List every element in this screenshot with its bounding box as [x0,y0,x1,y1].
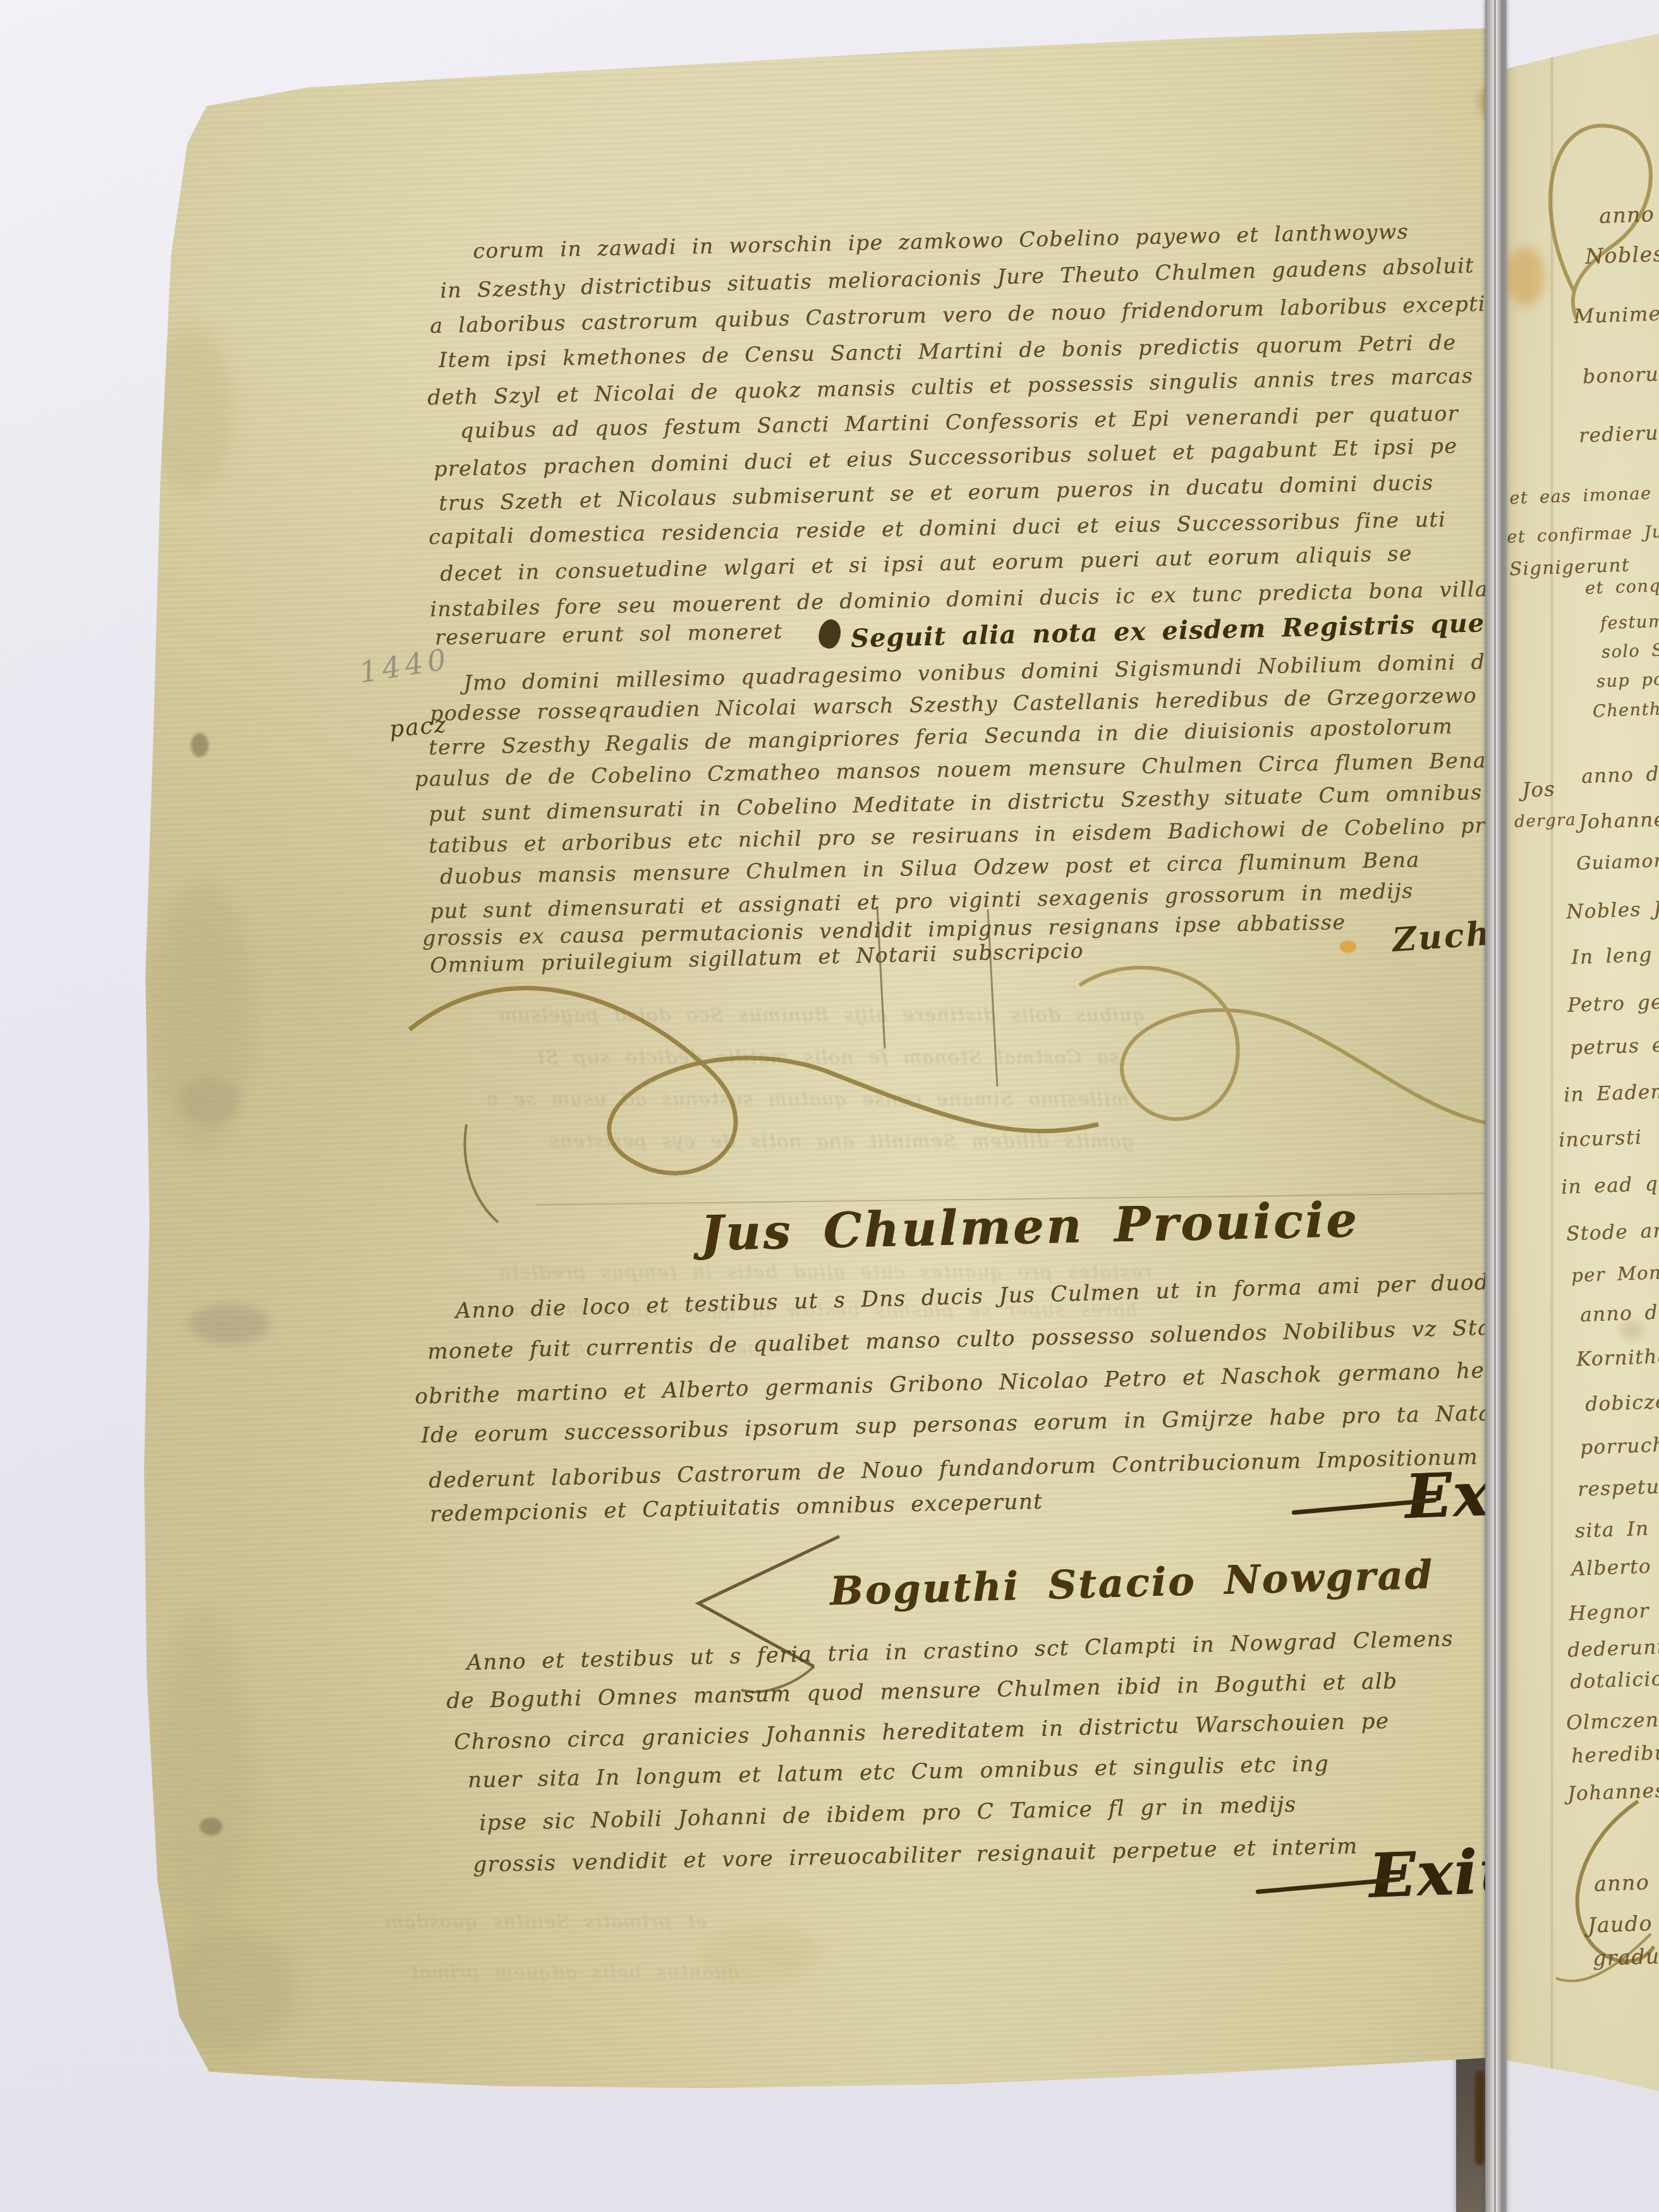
right-page-line-fragment: Hegnor fra [1568,1598,1659,1626]
right-page-line-fragment: gradus N [1592,1942,1659,1971]
manuscript-left-page: quibus dolis distinere alijs Bunimus Sco… [144,28,1498,2088]
right-page-line-fragment: dergra [1514,810,1577,831]
right-page-line-fragment: dobiczel [1584,1390,1659,1416]
right-page-line-fragment: Nobles Joh [1565,897,1659,924]
photograph-background: quibus dolis distinere alijs Bunimus Sco… [0,0,1659,2212]
right-page-line-fragment: solo Sand [1601,639,1659,662]
right-page-line-fragment: petrus et [1569,1033,1659,1060]
right-page-line-fragment: Stode ar [1565,1219,1659,1245]
right-page-line-fragment: per Monen [1571,1261,1659,1286]
boguthi-record-block: Anno et testibus ut s feria tria in cras… [144,28,1498,2088]
ink-drip-stain [1475,2070,1485,2165]
right-page-line-fragment: dederunt o [1567,1635,1659,1662]
right-page-line-fragment: redierunt et [1578,420,1659,447]
manuscript-line: Anno et testibus ut s feria tria in cras… [466,1626,1454,1675]
manuscript-line: de Boguthi Omnes mansum quod mensure Chu… [446,1668,1398,1714]
right-page-line-fragment: In leng [1571,944,1653,969]
right-page-line-fragment: Signigerunt [1509,554,1630,580]
right-page-line-fragment: incursti [1558,1126,1642,1152]
right-page-line-fragment: in Eadem [1563,1080,1659,1107]
right-page-line-fragment: Guiamorar [1576,849,1659,874]
right-page-line-fragment: Kornitha d [1576,1344,1659,1371]
manuscript-line: nuer sita In longum et latum etc Cum omn… [468,1751,1330,1793]
right-page-line-fragment: anno dom [1593,1868,1659,1896]
right-page-line-fragment: Johanne m [1578,807,1659,834]
right-page-line-fragment: et eas imonae gmalia eor [1509,480,1659,508]
glass-holding-rod [1485,0,1507,2212]
right-page-line-fragment: respetu u [1577,1474,1659,1501]
right-page-line-fragment: Munimenta [1573,301,1659,329]
manuscript-line: grossis vendidit et vore irreuocabiliter… [473,1833,1358,1877]
right-page-text-column: anno dom uNobles MathMunimentabonorum et… [1505,25,1659,2100]
right-page-line-fragment: porruch n [1579,1433,1659,1459]
manuscript-line: Chrosno circa granicies Johannis heredit… [454,1708,1390,1755]
rod-highlight-line [1494,0,1496,2212]
right-page-line-fragment: Petro ger [1567,990,1659,1017]
right-page-line-fragment: Jaudo de [1587,1909,1659,1938]
right-page-line-fragment: anno dom [1579,1300,1659,1327]
right-page-line-fragment: Olmczensze [1565,1707,1659,1734]
manuscript-right-page: anno dom uNobles MathMunimentabonorum et… [1505,25,1659,2100]
right-page-line-fragment: sita In q [1574,1516,1659,1542]
right-page-line-fragment: bonorum et [1582,361,1659,388]
right-page-line-fragment: Nobles Math [1584,239,1659,269]
right-page-line-fragment: Alberto T [1571,1554,1659,1581]
manuscript-line: ipse sic Nobili Johanni de ibidem pro C … [479,1792,1297,1835]
right-page-line-fragment: heredibus [1571,1741,1659,1768]
right-page-line-fragment: dotalicio fe [1569,1667,1659,1694]
right-page-line-fragment: in ead q [1560,1172,1658,1198]
right-page-line-fragment: anno dom u [1598,198,1659,228]
right-page-line-fragment: festum Octa [1600,610,1659,634]
right-page-line-fragment: Jos [1521,777,1555,802]
right-page-line-fragment: et conquesito [1585,574,1659,598]
right-page-line-fragment: Johannes [1567,1779,1659,1805]
right-page-line-fragment: anno dom [1581,762,1659,788]
right-page-line-fragment: et confirmae Justis et S [1507,519,1659,547]
right-page-line-fragment: Chenthin [1593,699,1659,722]
right-page-line-fragment: sup porcion [1596,668,1659,691]
binding-strap [1456,2051,1486,2212]
